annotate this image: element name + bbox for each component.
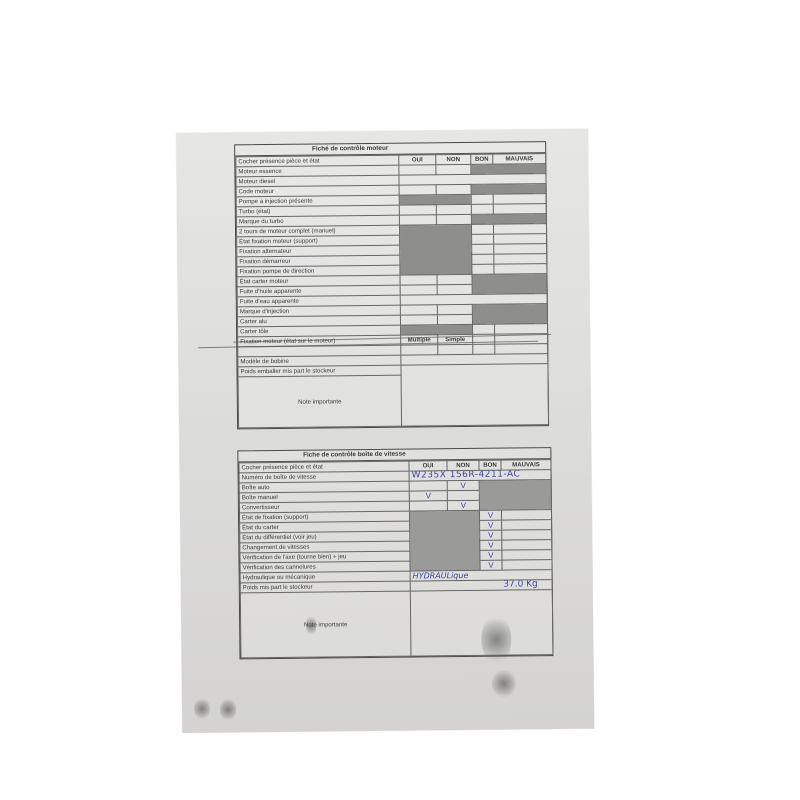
cell-oui[interactable] (399, 165, 436, 175)
cell-bon[interactable] (472, 254, 494, 264)
cell-mauvais[interactable] (501, 510, 551, 521)
engine-check-table: Cocher présence pièce et état OUI NON BO… (235, 153, 549, 428)
cell-mauvais[interactable] (493, 194, 546, 205)
cell-bon[interactable] (471, 204, 493, 214)
col-bon: BON (479, 460, 501, 470)
note-label: Note importante (240, 591, 411, 658)
cell-mauvais[interactable] (494, 264, 547, 275)
cell-oui[interactable] (400, 305, 437, 315)
cell-multiple[interactable] (401, 345, 438, 355)
fingerprint-smudge (220, 697, 236, 721)
cell-non[interactable] (437, 304, 472, 314)
note-label: Note importante (238, 375, 402, 428)
cell-non[interactable] (436, 214, 471, 224)
cell-bon[interactable] (473, 344, 495, 354)
cell-bon[interactable] (472, 234, 494, 244)
fingerprint-smudge (194, 698, 210, 720)
cell-shaded (472, 304, 547, 325)
cell-oui[interactable] (399, 185, 436, 195)
col-mauvais: MAUVAIS (501, 460, 551, 471)
cell-bon[interactable] (472, 244, 494, 254)
fingerprint-smudge (306, 615, 316, 637)
cell-bon[interactable]: V (480, 560, 502, 570)
col-oui: OUI (409, 461, 447, 471)
cell-mauvais[interactable] (494, 234, 547, 245)
cell-mauvais[interactable] (495, 344, 548, 355)
cell-mauvais[interactable] (494, 244, 547, 255)
paper-sheet: Fiché de contrôle moteur Cocher présence… (176, 129, 594, 733)
cell-bon[interactable]: V (479, 510, 501, 520)
cell-mauvais[interactable] (502, 520, 552, 531)
cell-oui[interactable] (399, 215, 436, 225)
cell-shaded (399, 224, 472, 275)
col-non: NON (436, 154, 471, 164)
col-mauvais: MAUVAIS (493, 154, 546, 165)
engine-check-sheet: Fiché de contrôle moteur Cocher présence… (234, 141, 549, 429)
cell-oui[interactable] (409, 501, 447, 511)
fingerprint-smudge (481, 615, 512, 665)
cell-mauvais[interactable] (493, 204, 546, 215)
cell-bon[interactable]: V (480, 520, 502, 530)
cell-non[interactable] (436, 184, 471, 194)
cell-non[interactable]: V (447, 500, 479, 510)
cell-bon[interactable] (471, 194, 493, 204)
col-oui: OUI (399, 155, 436, 165)
cell-mauvais[interactable] (502, 530, 552, 541)
col-bon: BON (471, 154, 493, 164)
cell-bon[interactable]: V (480, 540, 502, 550)
cell-shaded (472, 274, 547, 295)
cell-oui[interactable] (409, 481, 447, 491)
cell-non[interactable] (447, 490, 479, 500)
cell-shaded (479, 480, 551, 511)
cell-mauvais[interactable] (502, 550, 552, 561)
cell-mauvais[interactable] (502, 540, 552, 551)
cell-bon[interactable]: V (480, 550, 502, 560)
cell-non[interactable] (437, 314, 472, 324)
cell-non[interactable] (436, 164, 471, 174)
cell-mauvais[interactable] (495, 324, 548, 335)
cell-mauvais[interactable] (502, 560, 552, 571)
fingerprint-smudge (492, 669, 516, 697)
col-non: NON (447, 460, 479, 470)
cell-simple[interactable] (438, 344, 473, 354)
cell-non[interactable]: V (447, 480, 479, 490)
cell-bon[interactable] (473, 324, 495, 334)
cell-oui[interactable]: V (409, 491, 447, 501)
cell-oui[interactable] (400, 315, 437, 325)
cell-non[interactable] (437, 274, 472, 284)
cell-bon[interactable]: V (480, 530, 502, 540)
cell-bon[interactable] (472, 264, 494, 274)
cell-mauvais[interactable] (494, 254, 547, 265)
cell-oui[interactable] (400, 275, 437, 285)
cell-shaded (409, 510, 480, 571)
cell-non[interactable] (437, 284, 472, 294)
cell-non[interactable] (436, 204, 471, 214)
weight-field[interactable] (401, 364, 549, 427)
cell-bon[interactable] (471, 224, 493, 234)
cell-oui[interactable] (400, 285, 437, 295)
cell-mauvais[interactable] (493, 224, 546, 235)
cell-oui[interactable] (399, 205, 436, 215)
